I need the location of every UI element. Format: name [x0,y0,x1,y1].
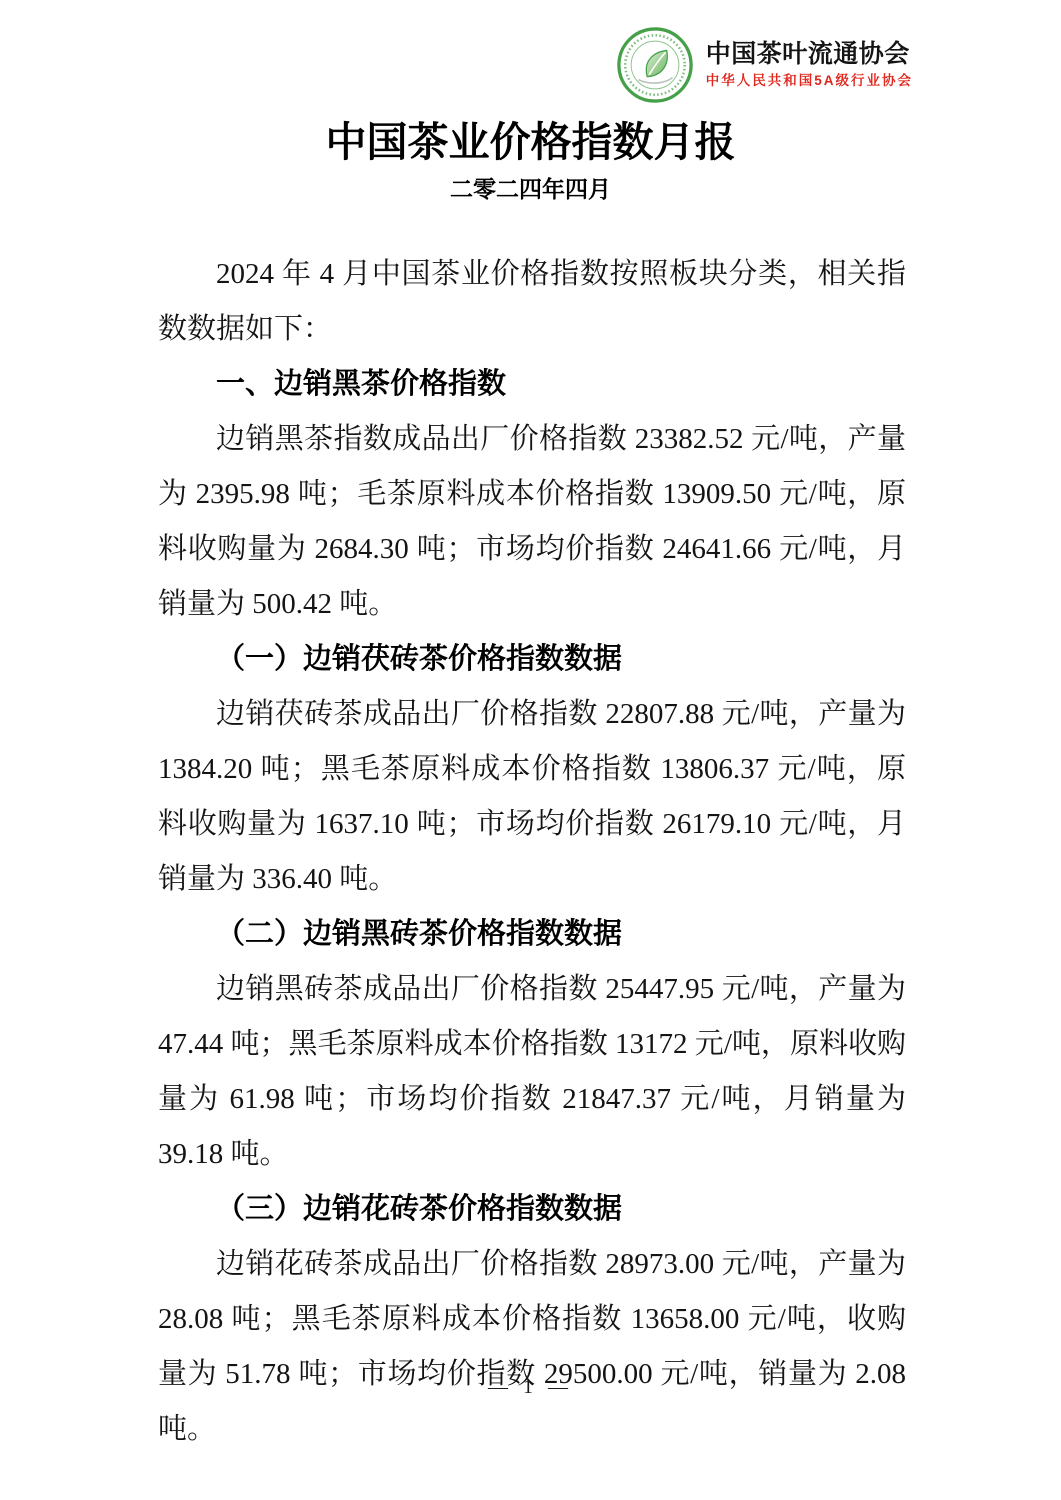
org-logo-text: 中国茶叶流通协会 中华人民共和国5A级行业协会 [706,41,913,88]
page-number: — 1 — [0,1376,1061,1399]
document-body: 2024 年 4 月中国茶业价格指数按照板块分类，相关指数数据如下： 一、边销黑… [158,247,906,1457]
intro-paragraph: 2024 年 4 月中国茶业价格指数按照板块分类，相关指数数据如下： [158,247,906,357]
section-1-2-heading: （二）边销黑砖茶价格指数数据 [158,907,906,962]
page-title: 中国茶业价格指数月报 [0,118,1061,167]
org-name: 中国茶叶流通协会 [706,41,913,69]
page-subtitle: 二零二四年四月 [0,176,1061,204]
section-1-body: 边销黑茶指数成品出厂价格指数 23382.52 元/吨，产量为 2395.98 … [158,412,906,632]
section-1-1-body: 边销茯砖茶成品出厂价格指数 22807.88 元/吨，产量为 1384.20 吨… [158,687,906,907]
section-1-3-heading: （三）边销花砖茶价格指数数据 [158,1182,906,1237]
org-subtitle: 中华人民共和国5A级行业协会 [706,74,913,89]
document-page: 中国茶叶流通协会 中华人民共和国5A级行业协会 中国茶业价格指数月报 二零二四年… [0,0,1061,1500]
section-1-3-body: 边销花砖茶成品出厂价格指数 28973.00 元/吨，产量为 28.08 吨；黑… [158,1237,906,1457]
section-1-2-body: 边销黑砖茶成品出厂价格指数 25447.95 元/吨，产量为 47.44 吨；黑… [158,962,906,1182]
section-1-1-heading: （一）边销茯砖茶价格指数数据 [158,632,906,687]
org-logo: 中国茶叶流通协会 中华人民共和国5A级行业协会 [616,26,913,104]
tea-leaf-emblem-icon [616,26,694,104]
section-1-heading: 一、边销黑茶价格指数 [158,357,906,412]
